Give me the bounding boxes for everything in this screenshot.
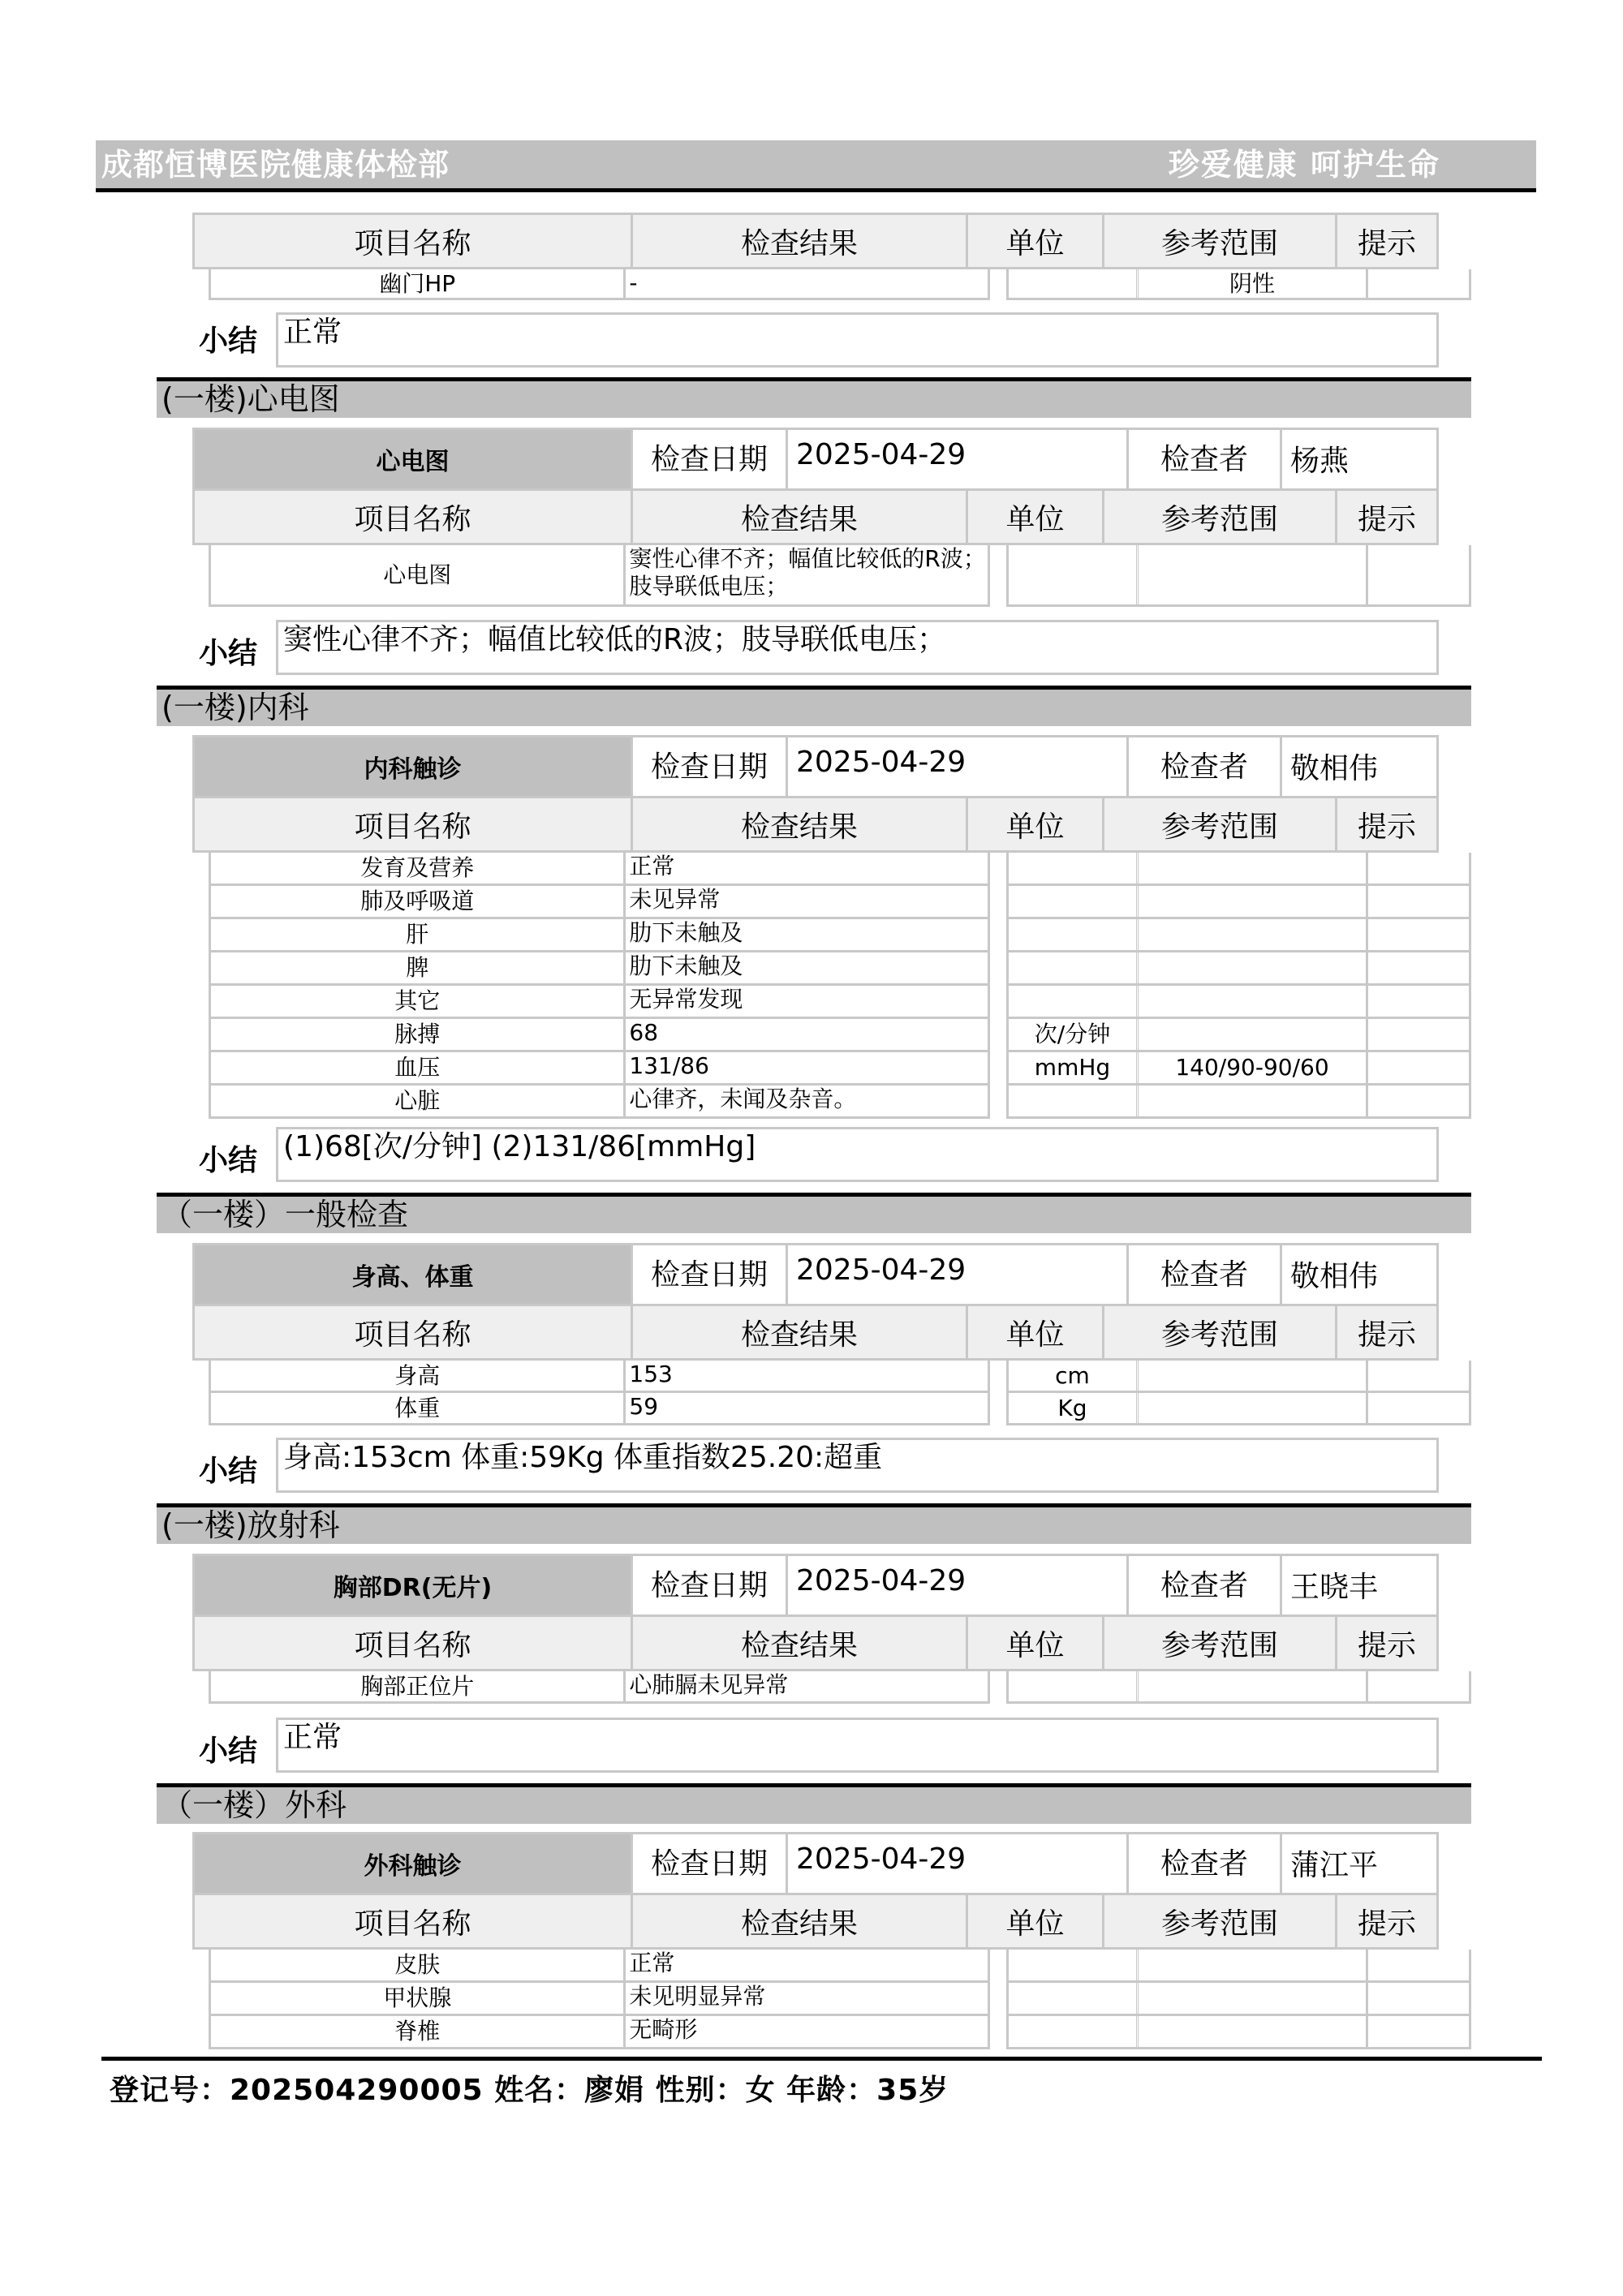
examiner-label: 检查者 (1129, 737, 1282, 796)
section-info-table: 心电图 检查日期 2025-04-29 检查者 杨燕 项目名称 检查结果 单位 … (192, 428, 1439, 545)
section-title: (一楼)放射科 (157, 1507, 1471, 1544)
item-unit (1009, 986, 1139, 1017)
col-name: 项目名称 (195, 215, 633, 267)
footer-divider (101, 2057, 1542, 2061)
examiner-label: 检查者 (1129, 430, 1282, 488)
col-unit: 单位 (968, 798, 1104, 850)
section-title: (一楼)心电图 (157, 381, 1471, 418)
item-tip (1368, 986, 1469, 1017)
col-tip: 提示 (1337, 1617, 1436, 1669)
item-name: 体重 (211, 1393, 626, 1423)
item-name: 脉搏 (211, 1019, 626, 1050)
examiner-value: 蒲江平 (1282, 1834, 1436, 1893)
table-row: 体重59 Kg (209, 1393, 1471, 1425)
summary-box: (1)68[次/分钟] (2)131/86[mmHg] (276, 1127, 1439, 1182)
item-tip (1368, 269, 1469, 298)
item-name: 幽门HP (211, 269, 626, 298)
item-name: 肝 (211, 919, 626, 950)
item-reference (1139, 1086, 1368, 1116)
table-row: 脉搏68 次/分钟 (209, 1019, 1471, 1052)
table-row: 身高153 cm (209, 1361, 1471, 1393)
banner-divider (96, 188, 1536, 192)
item-reference (1139, 1361, 1368, 1391)
item-tip (1368, 545, 1469, 604)
exam-date-value: 2025-04-29 (788, 430, 1129, 488)
col-result: 检查结果 (633, 798, 968, 850)
item-unit: cm (1009, 1361, 1139, 1391)
section-data: 胸部正位片心肺膈未见异常 (209, 1671, 1471, 1704)
exam-date-value: 2025-04-29 (788, 1834, 1129, 1893)
section-data: 心电图窦性心律不齐；幅值比较低的R波；肢导联低电压； (209, 545, 1471, 607)
exam-item-title: 内科触诊 (195, 737, 633, 796)
item-result: 未见明显异常 (626, 1983, 988, 2014)
item-result: 正常 (626, 853, 988, 884)
exam-date-label: 检查日期 (633, 737, 788, 796)
col-unit: 单位 (968, 1617, 1104, 1669)
summary-label: 小结 (199, 318, 257, 359)
item-reference (1139, 886, 1368, 917)
table-row: 幽门HP- 阴性 (209, 269, 1471, 300)
section-info-table: 胸部DR(无片) 检查日期 2025-04-29 检查者 王晓丰 项目名称 检查… (192, 1554, 1439, 1671)
item-unit (1009, 2016, 1139, 2047)
item-result: 正常 (626, 1950, 988, 1980)
table-row: 甲状腺未见明显异常 (209, 1983, 1471, 2016)
exam-meta-row: 外科触诊 检查日期 2025-04-29 检查者 蒲江平 (195, 1834, 1436, 1895)
table-row: 心电图窦性心律不齐；幅值比较低的R波；肢导联低电压； (209, 545, 1471, 607)
item-unit (1009, 1983, 1139, 2014)
column-header-row: 项目名称 检查结果 单位 参考范围 提示 (195, 1306, 1436, 1358)
item-tip (1368, 1671, 1469, 1701)
summary-box: 窦性心律不齐；幅值比较低的R波；肢导联低电压； (276, 620, 1439, 675)
exam-date-value: 2025-04-29 (788, 1245, 1129, 1304)
item-name: 胸部正位片 (211, 1671, 626, 1701)
item-reference (1139, 919, 1368, 950)
exam-meta-row: 内科触诊 检查日期 2025-04-29 检查者 敬相伟 (195, 737, 1436, 798)
col-reference: 参考范围 (1104, 1617, 1337, 1669)
item-result: 窦性心律不齐；幅值比较低的R波；肢导联低电压； (626, 545, 988, 604)
col-name: 项目名称 (195, 1306, 633, 1358)
section-title: （一楼）一般检查 (157, 1197, 1471, 1233)
item-unit (1009, 1950, 1139, 1980)
item-result: 无畸形 (626, 2016, 988, 2047)
item-reference (1139, 2016, 1368, 2047)
item-name: 脾 (211, 952, 626, 983)
col-name: 项目名称 (195, 1895, 633, 1947)
item-reference (1139, 952, 1368, 983)
col-result: 检查结果 (633, 1895, 968, 1947)
hospital-name: 成都恒博医院健康体检部 (101, 144, 450, 185)
item-reference (1139, 986, 1368, 1017)
col-name: 项目名称 (195, 491, 633, 543)
col-result: 检查结果 (633, 1306, 968, 1358)
column-header-row: 项目名称 检查结果 单位 参考范围 提示 (195, 491, 1436, 543)
item-unit: mmHg (1009, 1052, 1139, 1083)
item-tip (1368, 1950, 1469, 1980)
item-tip (1368, 1052, 1469, 1083)
col-reference: 参考范围 (1104, 491, 1337, 543)
section-title: (一楼)内科 (157, 690, 1471, 726)
col-result: 检查结果 (633, 491, 968, 543)
examiner-value: 敬相伟 (1282, 737, 1436, 796)
item-tip (1368, 1393, 1469, 1423)
col-unit: 单位 (968, 1306, 1104, 1358)
exam-date-label: 检查日期 (633, 1245, 788, 1304)
exam-item-title: 身高、体重 (195, 1245, 633, 1304)
carryover-data: 幽门HP- 阴性 (209, 269, 1471, 300)
item-result: 心肺膈未见异常 (626, 1671, 988, 1701)
item-tip (1368, 1086, 1469, 1116)
column-header-row: 项目名称 检查结果 单位 参考范围 提示 (195, 215, 1436, 267)
summary-box: 身高:153cm 体重:59Kg 体重指数25.20:超重 (276, 1438, 1439, 1493)
section-title: （一楼）外科 (157, 1787, 1471, 1824)
section-data: 身高153 cm 体重59 Kg (209, 1361, 1471, 1425)
exam-date-label: 检查日期 (633, 1834, 788, 1893)
section-data: 发育及营养正常 肺及呼吸道未见异常 肝肋下未触及 脾肋下未触及 其它无异常发现 … (209, 853, 1471, 1119)
carryover-header-table: 项目名称 检查结果 单位 参考范围 提示 (192, 213, 1439, 269)
item-tip (1368, 1361, 1469, 1391)
exam-date-label: 检查日期 (633, 1556, 788, 1615)
item-unit: Kg (1009, 1393, 1139, 1423)
item-tip (1368, 1019, 1469, 1050)
col-reference: 参考范围 (1104, 1895, 1337, 1947)
exam-item-title: 胸部DR(无片) (195, 1556, 633, 1615)
summary-label: 小结 (199, 1728, 257, 1769)
table-row: 脊椎无畸形 (209, 2016, 1471, 2049)
summary-label: 小结 (199, 1448, 257, 1490)
item-name: 肺及呼吸道 (211, 886, 626, 917)
item-result: 肋下未触及 (626, 919, 988, 950)
item-reference (1139, 1671, 1368, 1701)
table-row: 肝肋下未触及 (209, 919, 1471, 952)
table-row: 肺及呼吸道未见异常 (209, 886, 1471, 919)
table-row: 其它无异常发现 (209, 986, 1471, 1019)
section-data: 皮肤正常 甲状腺未见明显异常 脊椎无畸形 (209, 1950, 1471, 2049)
item-reference (1139, 545, 1368, 604)
item-result: 心律齐，未闻及杂音。 (626, 1086, 988, 1116)
col-tip: 提示 (1337, 1306, 1436, 1358)
section-info-table: 外科触诊 检查日期 2025-04-29 检查者 蒲江平 项目名称 检查结果 单… (192, 1832, 1439, 1950)
item-name: 发育及营养 (211, 853, 626, 884)
exam-item-title: 心电图 (195, 430, 633, 488)
summary-box: 正常 (276, 1718, 1439, 1773)
table-row: 脾肋下未触及 (209, 952, 1471, 986)
item-reference: 140/90-90/60 (1139, 1052, 1368, 1083)
item-result: 未见异常 (626, 886, 988, 917)
section-info-table: 内科触诊 检查日期 2025-04-29 检查者 敬相伟 项目名称 检查结果 单… (192, 735, 1439, 853)
item-name: 甲状腺 (211, 1983, 626, 2014)
exam-item-title: 外科触诊 (195, 1834, 633, 1893)
item-tip (1368, 853, 1469, 884)
summary-label: 小结 (199, 1137, 257, 1179)
exam-meta-row: 胸部DR(无片) 检查日期 2025-04-29 检查者 王晓丰 (195, 1556, 1436, 1617)
item-unit (1009, 1086, 1139, 1116)
table-row: 发育及营养正常 (209, 853, 1471, 886)
col-name: 项目名称 (195, 1617, 633, 1669)
exam-date-label: 检查日期 (633, 430, 788, 488)
item-result: 131/86 (626, 1052, 988, 1083)
item-reference (1139, 1019, 1368, 1050)
examiner-value: 王晓丰 (1282, 1556, 1436, 1615)
item-unit (1009, 545, 1139, 604)
col-reference: 参考范围 (1104, 215, 1337, 267)
col-tip: 提示 (1337, 491, 1436, 543)
examiner-value: 杨燕 (1282, 430, 1436, 488)
item-tip (1368, 886, 1469, 917)
column-header-row: 项目名称 检查结果 单位 参考范围 提示 (195, 1895, 1436, 1947)
item-result: 肋下未触及 (626, 952, 988, 983)
col-tip: 提示 (1337, 215, 1436, 267)
item-tip (1368, 1983, 1469, 2014)
item-name: 心脏 (211, 1086, 626, 1116)
item-result: 68 (626, 1019, 988, 1050)
table-row: 血压131/86 mmHg140/90-90/60 (209, 1052, 1471, 1086)
item-tip (1368, 919, 1469, 950)
summary-box: 正常 (276, 312, 1439, 368)
item-unit (1009, 1671, 1139, 1701)
exam-meta-row: 心电图 检查日期 2025-04-29 检查者 杨燕 (195, 430, 1436, 491)
item-result: - (626, 269, 988, 298)
table-row: 心脏心律齐，未闻及杂音。 (209, 1086, 1471, 1119)
section-info-table: 身高、体重 检查日期 2025-04-29 检查者 敬相伟 项目名称 检查结果 … (192, 1243, 1439, 1361)
item-reference (1139, 1983, 1368, 2014)
column-header-row: 项目名称 检查结果 单位 参考范围 提示 (195, 798, 1436, 850)
col-unit: 单位 (968, 215, 1104, 267)
col-result: 检查结果 (633, 1617, 968, 1669)
summary-label: 小结 (199, 630, 257, 672)
item-result: 59 (626, 1393, 988, 1423)
item-unit (1009, 886, 1139, 917)
item-reference (1139, 1950, 1368, 1980)
examiner-label: 检查者 (1129, 1245, 1282, 1304)
col-reference: 参考范围 (1104, 1306, 1337, 1358)
column-header-row: 项目名称 检查结果 单位 参考范围 提示 (195, 1617, 1436, 1669)
exam-date-value: 2025-04-29 (788, 737, 1129, 796)
examiner-value: 敬相伟 (1282, 1245, 1436, 1304)
col-name: 项目名称 (195, 798, 633, 850)
item-unit (1009, 919, 1139, 950)
item-unit (1009, 269, 1139, 298)
item-unit (1009, 853, 1139, 884)
item-tip (1368, 2016, 1469, 2047)
col-tip: 提示 (1337, 1895, 1436, 1947)
col-tip: 提示 (1337, 798, 1436, 850)
item-unit (1009, 952, 1139, 983)
table-row: 皮肤正常 (209, 1950, 1471, 1983)
item-name: 其它 (211, 986, 626, 1017)
exam-meta-row: 身高、体重 检查日期 2025-04-29 检查者 敬相伟 (195, 1245, 1436, 1306)
patient-info: 登记号：202504290005 姓名：廖娟 性别：女 年龄：35岁 (110, 2067, 949, 2109)
examiner-label: 检查者 (1129, 1834, 1282, 1893)
item-unit: 次/分钟 (1009, 1019, 1139, 1050)
col-result: 检查结果 (633, 215, 968, 267)
item-result: 无异常发现 (626, 986, 988, 1017)
item-result: 153 (626, 1361, 988, 1391)
col-reference: 参考范围 (1104, 798, 1337, 850)
table-row: 胸部正位片心肺膈未见异常 (209, 1671, 1471, 1704)
item-reference (1139, 1393, 1368, 1423)
slogan: 珍爱健康 呵护生命 (1169, 144, 1440, 185)
item-name: 皮肤 (211, 1950, 626, 1980)
item-tip (1368, 952, 1469, 983)
item-name: 脊椎 (211, 2016, 626, 2047)
item-name: 血压 (211, 1052, 626, 1083)
item-name: 心电图 (211, 545, 626, 604)
col-unit: 单位 (968, 1895, 1104, 1947)
col-unit: 单位 (968, 491, 1104, 543)
examiner-label: 检查者 (1129, 1556, 1282, 1615)
item-reference (1139, 853, 1368, 884)
exam-date-value: 2025-04-29 (788, 1556, 1129, 1615)
item-name: 身高 (211, 1361, 626, 1391)
item-reference: 阴性 (1139, 269, 1368, 298)
